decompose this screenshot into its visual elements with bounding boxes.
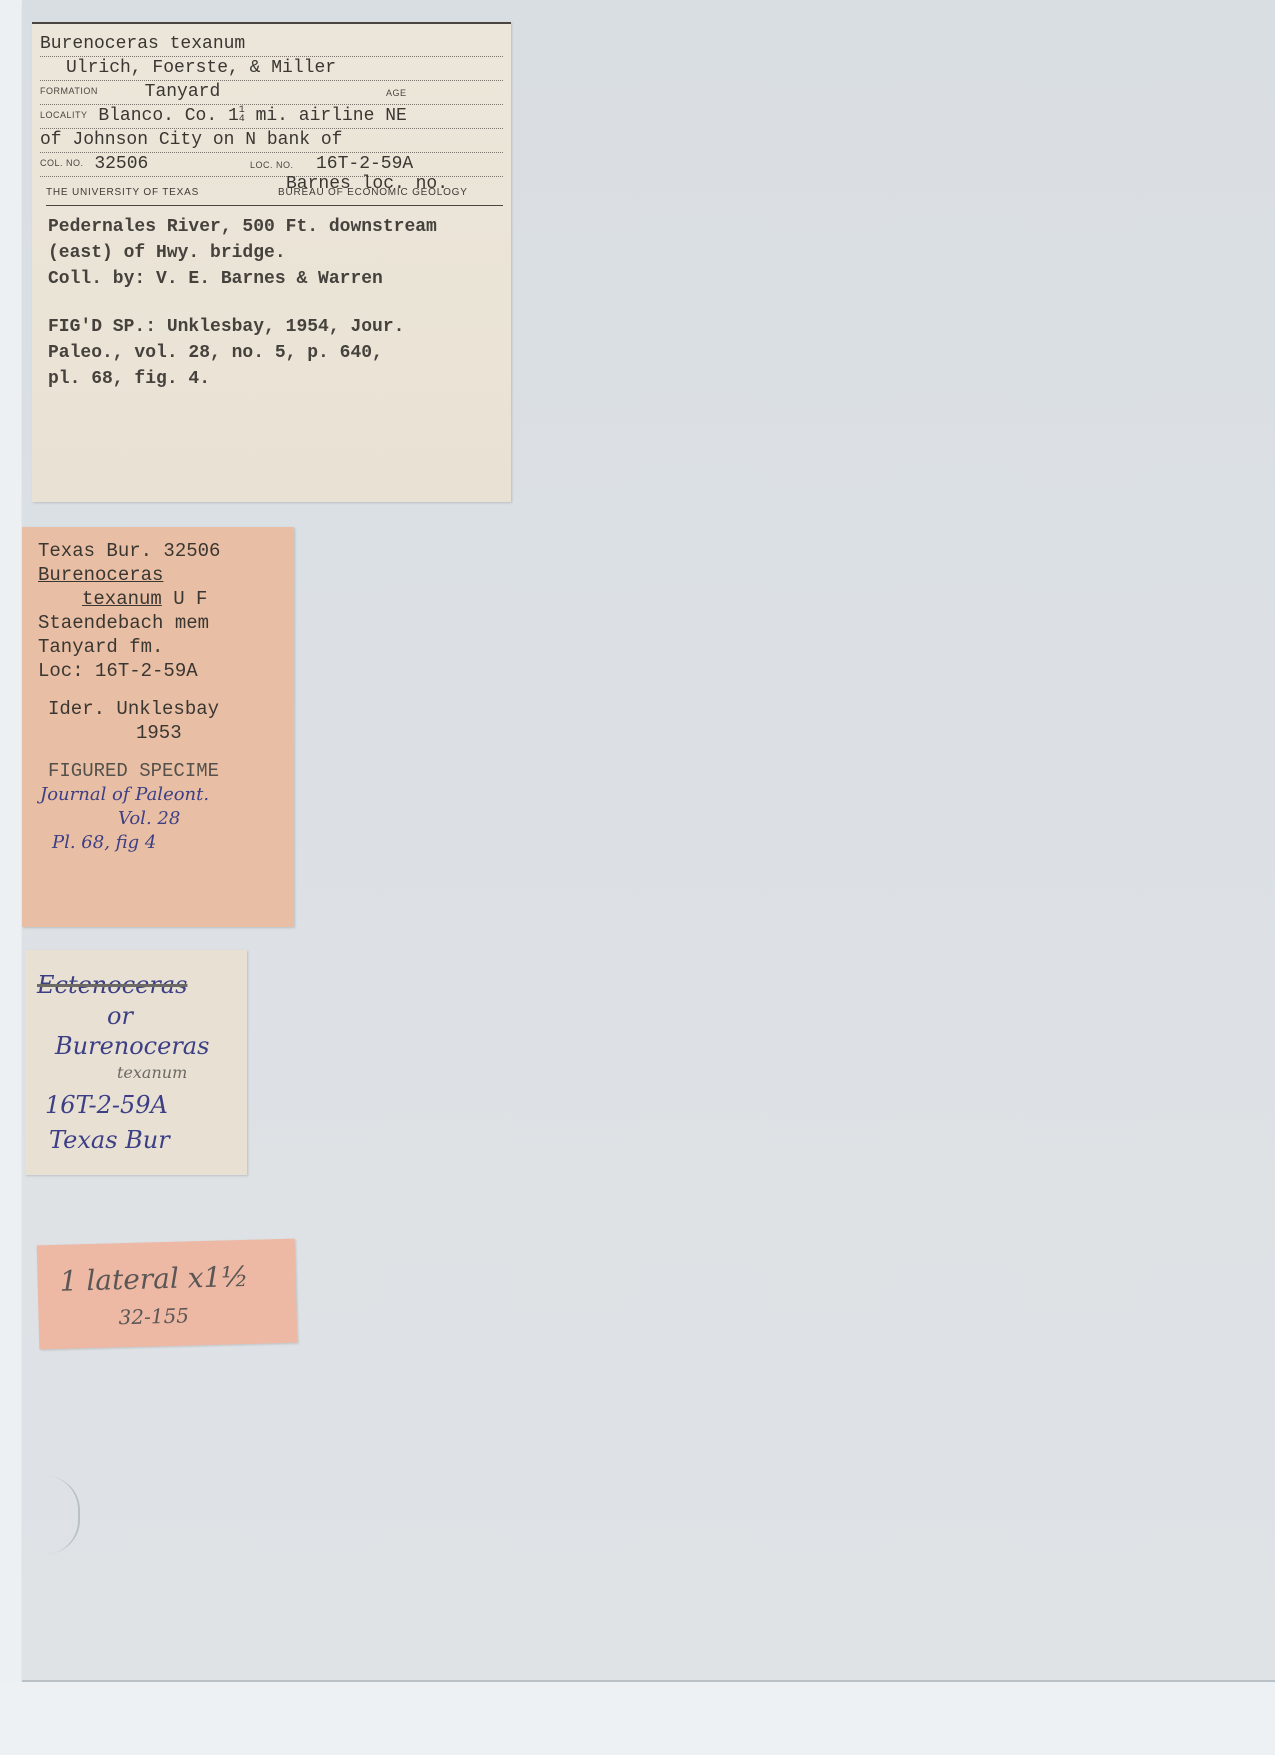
struck-genus: Ectenoceras — [37, 968, 247, 1003]
footer-bureau: BUREAU OF ECONOMIC GEOLOGY — [278, 187, 468, 198]
catalog-card: Burenoceras texanum Ulrich, Foerste, & M… — [32, 22, 511, 502]
author-line: Ulrich, Foerste, & Miller — [40, 58, 503, 81]
body-line: Pedernales River, 500 Ft. downstream — [48, 214, 505, 240]
genus: Burenoceras — [37, 1029, 247, 1064]
locality-label: LOCALITY — [40, 110, 88, 120]
member: Staendebach mem — [38, 611, 294, 635]
handwritten-volume: Vol. 28 — [38, 807, 294, 831]
note-number: 32-155 — [118, 1303, 189, 1329]
handwritten-label: Ectenoceras or Burenoceras texanum 16T-2… — [25, 950, 247, 1175]
species-pencil: texanum — [37, 1064, 247, 1082]
identification-year: 1953 — [38, 721, 294, 745]
body-line: pl. 68, fig. 4. — [48, 366, 505, 392]
body-line: Paleo., vol. 28, no. 5, p. 640, — [48, 340, 505, 366]
age-label: AGE — [386, 88, 407, 98]
handwritten-journal: Journal of Paleont. — [38, 783, 294, 807]
body-line: (east) of Hwy. bridge. — [48, 240, 505, 266]
body-spacer — [48, 292, 505, 314]
species-name: Burenoceras texanum — [40, 34, 245, 54]
formation-line: FORMATION Tanyard AGE — [40, 82, 503, 105]
formation-value: Tanyard — [145, 82, 221, 102]
species-author: Ulrich, Foerste, & Miller — [66, 58, 336, 78]
genus: Burenoceras — [38, 563, 294, 587]
col-no-label: COL. NO. — [40, 158, 84, 168]
species: texanum — [82, 588, 162, 610]
bureau-number: Texas Bur. 32506 — [38, 539, 294, 563]
scanner-bed — [0, 1682, 1275, 1755]
pink-typed-label: Texas Bur. 32506 Burenoceras texanum U F… — [22, 527, 294, 927]
locality-value-post: mi. airline NE — [245, 106, 407, 126]
locality-line-2: of Johnson City on N bank of — [40, 130, 503, 153]
locality-number: 16T-2-59A — [37, 1088, 247, 1123]
locality-line-1: LOCALITY Blanco. Co. 114 mi. airline NE — [40, 106, 503, 129]
body-line: Coll. by: V. E. Barnes & Warren — [48, 266, 505, 292]
footer-university: THE UNIVERSITY OF TEXAS — [46, 187, 199, 198]
species-author: U F — [162, 588, 208, 610]
col-no-value: 32506 — [94, 154, 148, 174]
formation-label: FORMATION — [40, 86, 98, 96]
card-body: Pedernales River, 500 Ft. downstream (ea… — [48, 214, 505, 392]
locality-value-2: of Johnson City on N bank of — [40, 130, 342, 150]
handwritten-plate: Pl. 68, fig 4 — [38, 831, 294, 855]
species-line: texanum U F — [38, 587, 294, 611]
formation: Tanyard fm. — [38, 635, 294, 659]
body-line: FIG'D SP.: Unklesbay, 1954, Jour. — [48, 314, 505, 340]
loc-no-label: LOC. NO. — [250, 160, 294, 170]
source: Texas Bur — [37, 1123, 247, 1158]
loc-no-value: 16T-2-59A — [316, 154, 413, 174]
note-text: 1 lateral x1½ — [59, 1260, 249, 1298]
pencil-note: 1 lateral x1½ 32-155 — [37, 1239, 298, 1350]
locality: Loc: 16T-2-59A — [38, 659, 294, 683]
locality-value-pre: Blanco. Co. 1 — [98, 106, 238, 126]
identification: Ider. Unklesbay — [38, 697, 294, 721]
or-text: or — [37, 1003, 247, 1029]
species-line: Burenoceras texanum — [40, 34, 503, 57]
card-footer: THE UNIVERSITY OF TEXAS BUREAU OF ECONOM… — [46, 187, 503, 206]
figured-stamp: FIGURED SPECIME — [38, 759, 294, 783]
